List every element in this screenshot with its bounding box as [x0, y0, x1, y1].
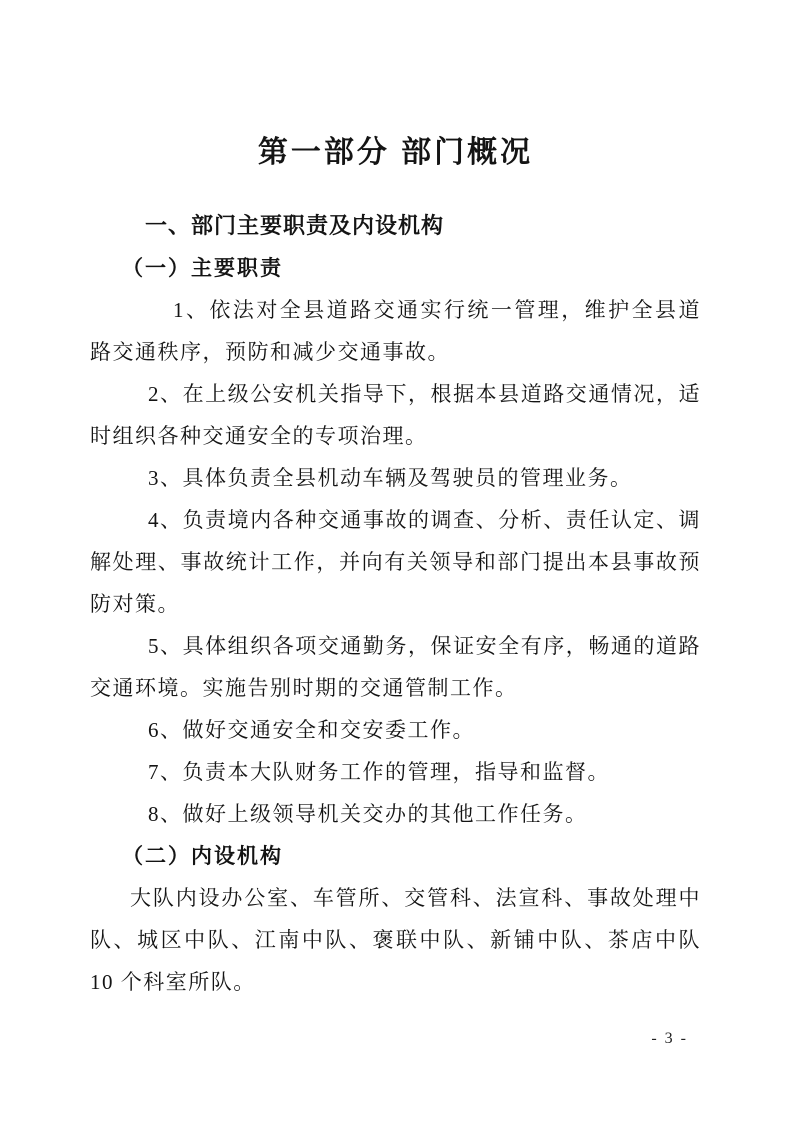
page-number: - 3 -	[651, 1030, 688, 1048]
duty-paragraph-3: 3、具体负责全县机动车辆及驾驶员的管理业务。	[90, 457, 701, 499]
document-title: 第一部分 部门概况	[90, 130, 701, 176]
section-heading-main-duties-and-org: 一、部门主要职责及内设机构	[90, 205, 701, 247]
internal-org-paragraph: 大队内设办公室、车管所、交管科、法宣科、事故处理中队、城区中队、江南中队、褒联中…	[90, 877, 701, 1003]
document-page: 第一部分 部门概况 一、部门主要职责及内设机构 （一）主要职责 1、依法对全县道…	[0, 0, 793, 1122]
duty-paragraph-8: 8、做好上级领导机关交办的其他工作任务。	[90, 793, 701, 835]
duty-paragraph-1: 1、依法对全县道路交通实行统一管理，维护全县道路交通秩序，预防和减少交通事故。	[90, 289, 701, 373]
subsection-heading-internal-org: （二）内设机构	[90, 835, 701, 877]
subsection-heading-main-duties: （一）主要职责	[90, 247, 701, 289]
duty-paragraph-6: 6、做好交通安全和交安委工作。	[90, 709, 701, 751]
duty-paragraph-5: 5、具体组织各项交通勤务，保证安全有序，畅通的道路交通环境。实施告别时期的交通管…	[90, 625, 701, 709]
duty-paragraph-4: 4、负责境内各种交通事故的调查、分析、责任认定、调解处理、事故统计工作，并向有关…	[90, 499, 701, 625]
duty-paragraph-2: 2、在上级公安机关指导下，根据本县道路交通情况，适时组织各种交通安全的专项治理。	[90, 373, 701, 457]
page-content: 第一部分 部门概况 一、部门主要职责及内设机构 （一）主要职责 1、依法对全县道…	[0, 130, 793, 1003]
duty-paragraph-7: 7、负责本大队财务工作的管理，指导和监督。	[90, 751, 701, 793]
